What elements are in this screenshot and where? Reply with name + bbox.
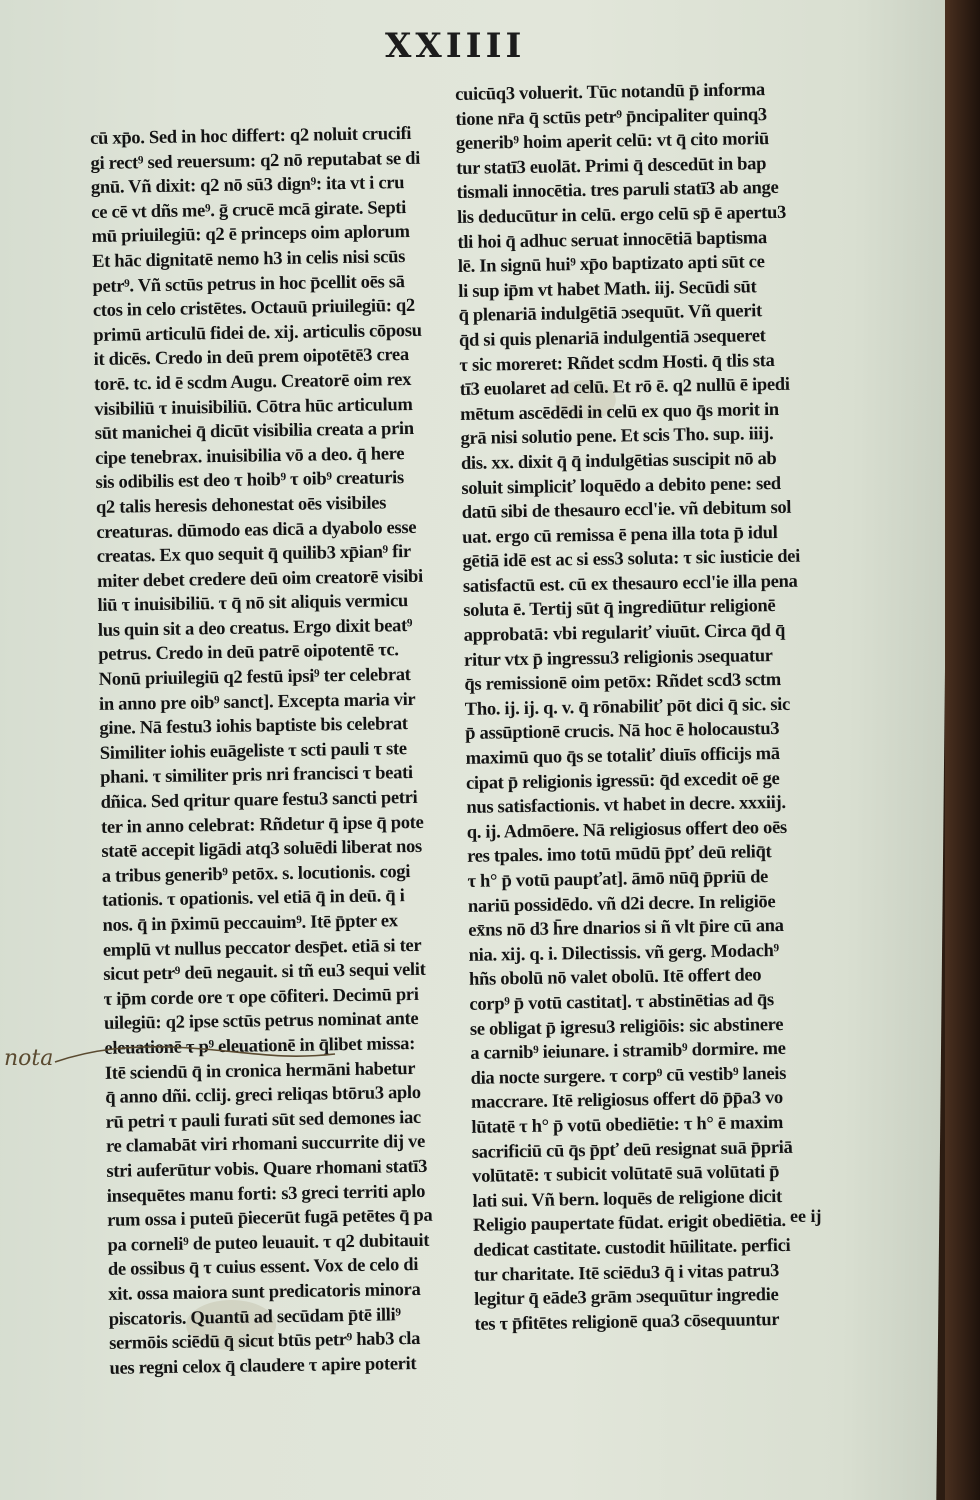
signature-mark: ee ij	[790, 1206, 821, 1227]
left-text-column: cū xp̄o. Sed in hoc differt: q2 noluit c…	[90, 122, 460, 1382]
right-text-column: cuicūq3 voluerit. Tūc notandū p̄ informa…	[455, 77, 865, 1337]
marginal-underline-stroke	[50, 1040, 340, 1070]
page-edge-shadow	[945, 0, 980, 1500]
marginal-note: nota	[4, 1046, 53, 1071]
folio-number: XXIIII	[385, 26, 525, 66]
